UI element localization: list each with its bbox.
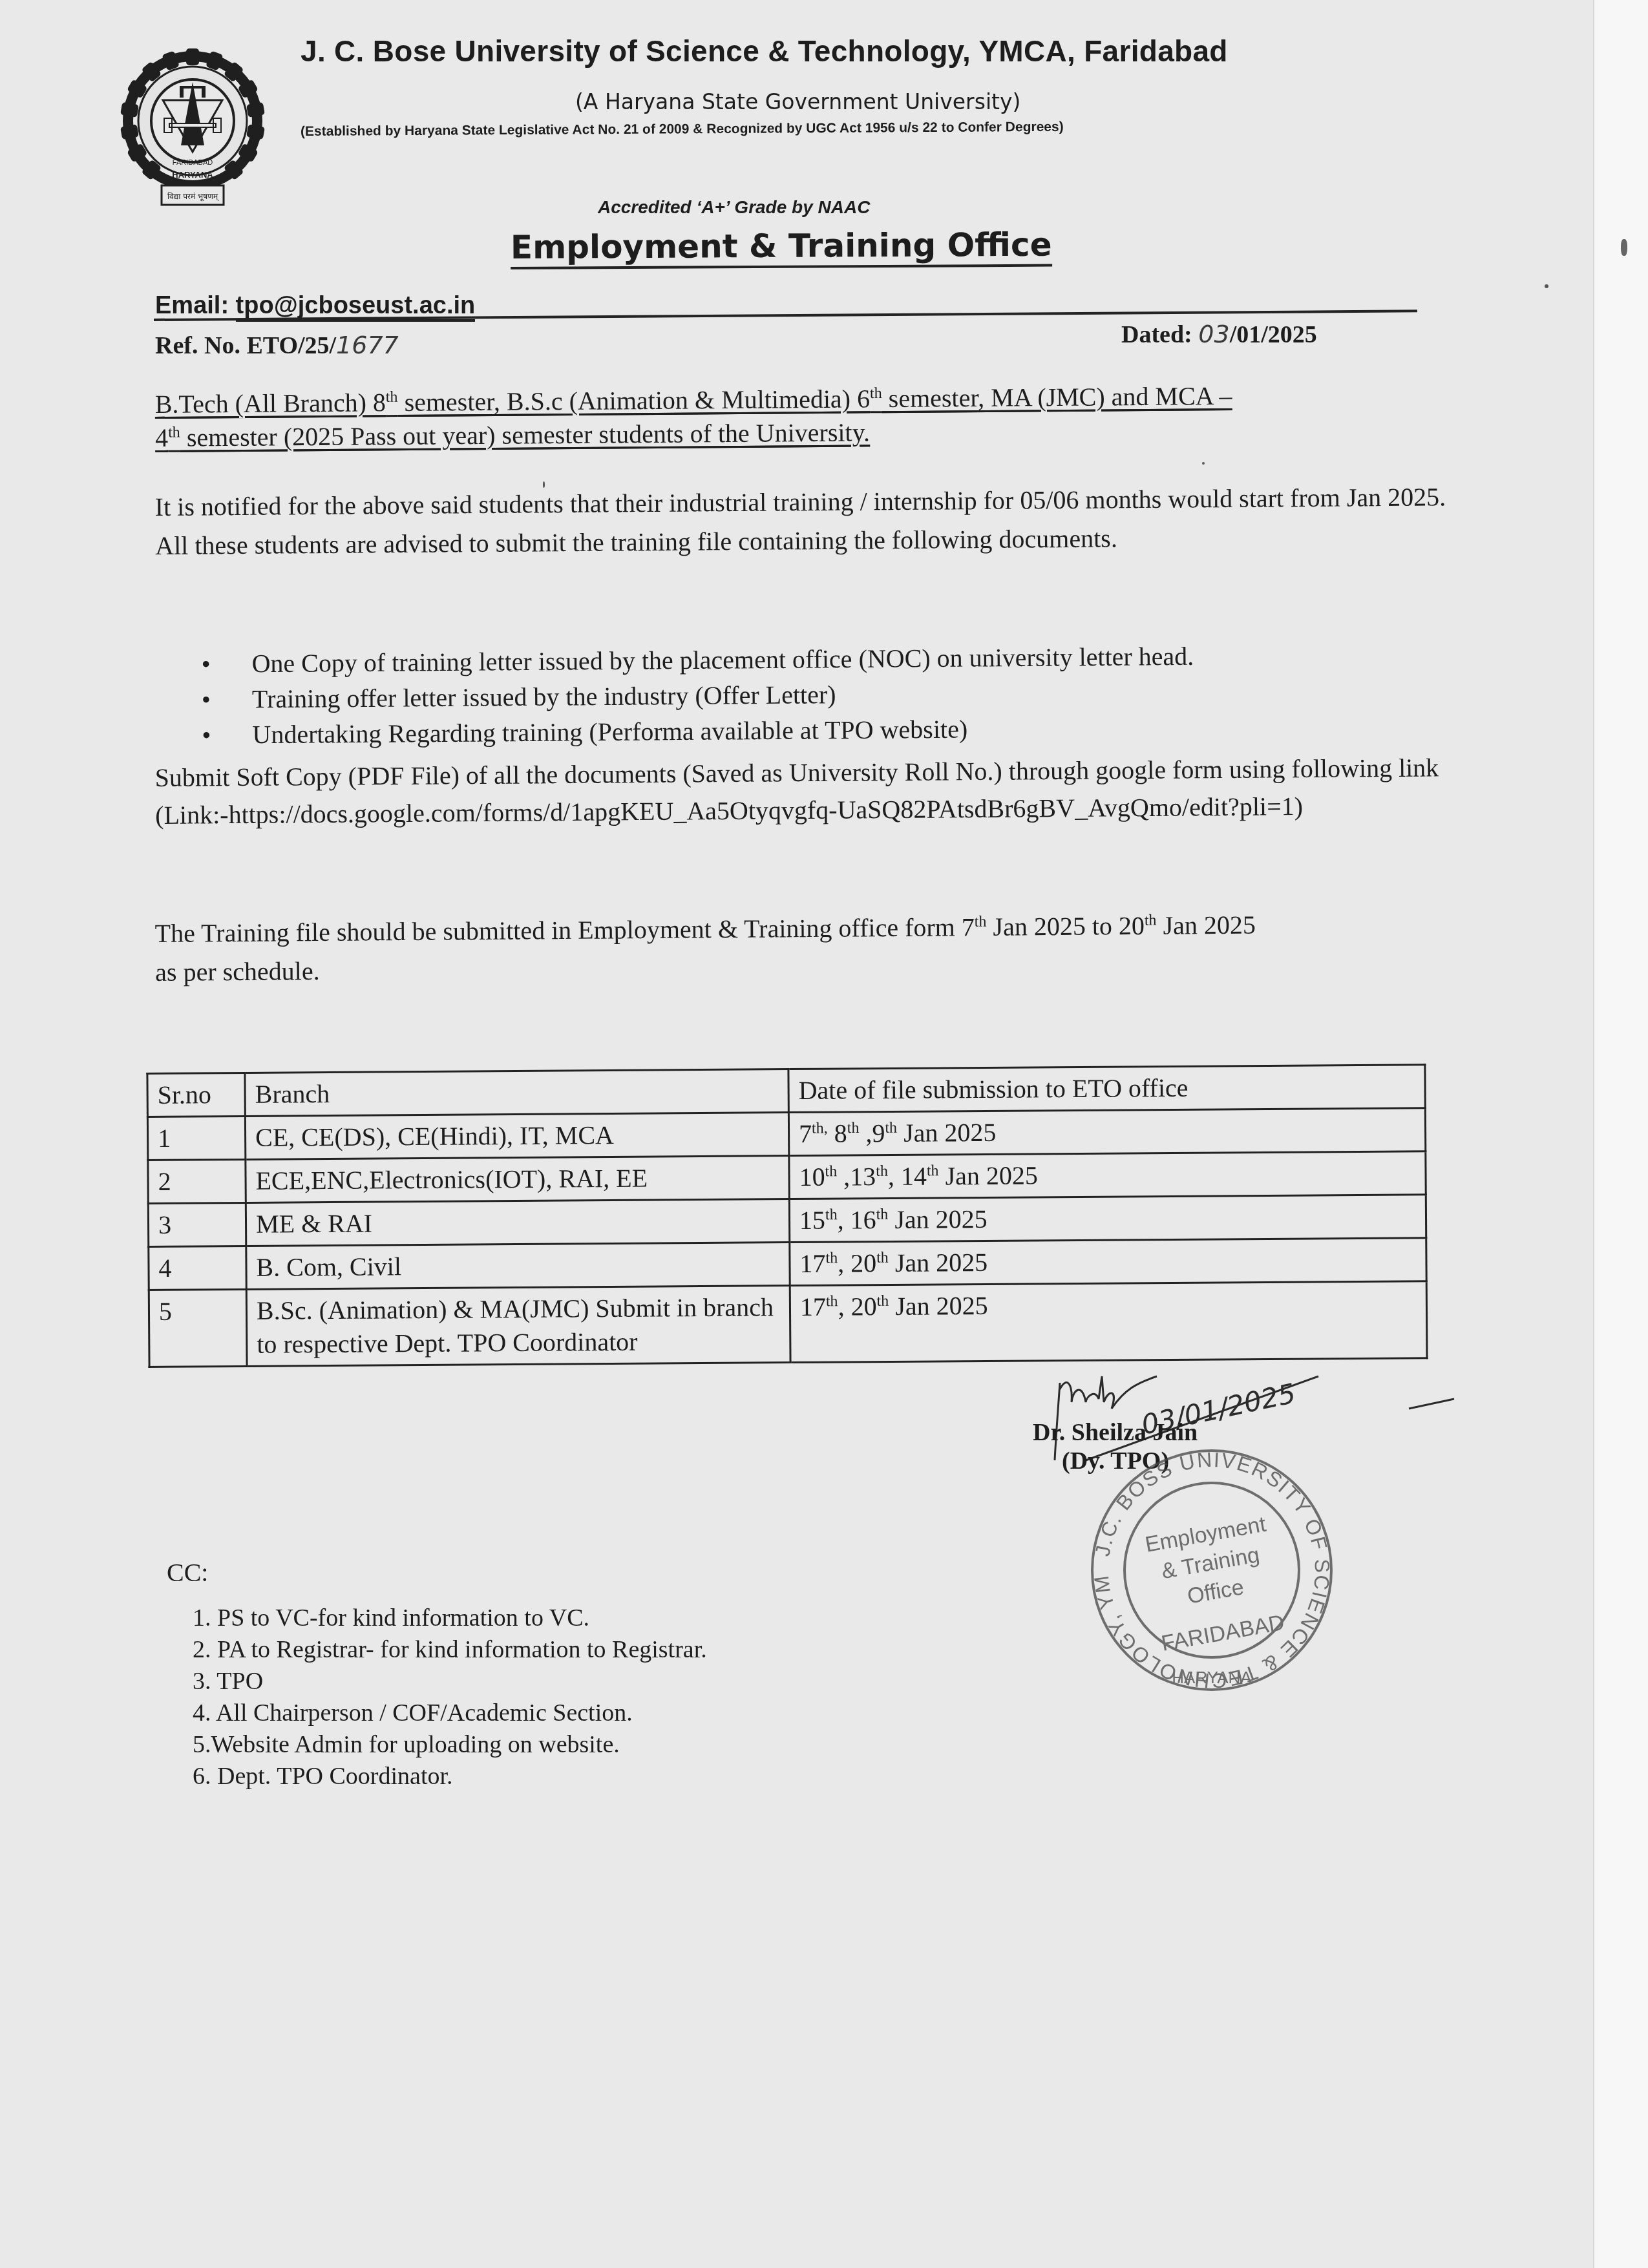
subject-line: B.Tech (All Branch) 8th semester, B.S.c …	[155, 378, 1422, 455]
cc-item: 4. All Chairperson / COF/Academic Sectio…	[193, 1697, 707, 1729]
scan-speck	[543, 481, 545, 488]
cc-item: 5.Website Admin for uploading on website…	[193, 1729, 707, 1761]
cell-branch: ME & RAI	[246, 1199, 789, 1246]
cell-date: 10th ,13th, 14th Jan 2025	[789, 1151, 1426, 1199]
cell-date: 17th, 20th Jan 2025	[790, 1281, 1427, 1363]
office-stamp-icon: J.C. BOSS UNIVERSITY OF SCIENCE & TECHNO…	[1079, 1441, 1344, 1699]
scan-speck	[1545, 284, 1548, 288]
submission-schedule-table: Sr.no Branch Date of file submission to …	[146, 1064, 1428, 1368]
reference-number: Ref. No. ETO/25/1677	[155, 331, 399, 360]
svg-text:विद्या परमं भूषणम्: विद्या परमं भूषणम्	[167, 192, 219, 202]
notice-paragraph: It is notified for the above said studen…	[155, 478, 1448, 565]
cell-branch: B. Com, Civil	[246, 1243, 790, 1290]
cell-srno: 4	[149, 1246, 246, 1290]
header-srno: Sr.no	[147, 1073, 245, 1117]
header-branch: Branch	[245, 1069, 788, 1117]
accreditation-line: Accredited ‘A+’ Grade by NAAC	[598, 197, 870, 218]
cell-srno: 5	[149, 1289, 247, 1367]
cc-label: CC:	[167, 1557, 208, 1588]
document-page: FARIDABAD HARYANA विद्या परमं भूषणम् J. …	[0, 0, 1594, 2268]
dated-day-handwritten: 03	[1198, 320, 1229, 348]
dated-rest: /01/2025	[1230, 321, 1317, 348]
email-line: Email: tpo@jcboseust.ac.in	[155, 292, 475, 320]
cc-item: 6. Dept. TPO Coordinator.	[193, 1761, 707, 1792]
email-label: Email:	[155, 292, 229, 319]
ref-label: Ref. No. ETO/25/	[155, 332, 336, 359]
university-name: J. C. Bose University of Science & Techn…	[301, 34, 1228, 68]
cell-branch: CE, CE(DS), CE(Hindi), IT, MCA	[245, 1113, 788, 1160]
scan-speck	[1202, 462, 1205, 465]
cell-date: 7th, 8th ,9th Jan 2025	[788, 1108, 1425, 1156]
header-date: Date of file submission to ETO office	[788, 1065, 1425, 1113]
required-documents-list: One Copy of training letter issued by th…	[193, 636, 1454, 753]
schedule-note: The Training file should be submitted in…	[155, 904, 1448, 992]
cell-srno: 1	[147, 1116, 245, 1160]
cell-date: 17th, 20th Jan 2025	[790, 1238, 1426, 1286]
submission-instruction: Submit Soft Copy (PDF File) of all the d…	[155, 749, 1448, 834]
svg-text:HARYANA: HARYANA	[172, 170, 213, 180]
establishment-note: (Established by Haryana State Legislativ…	[301, 120, 1064, 140]
cell-srno: 2	[148, 1159, 246, 1203]
svg-text:HARYANA: HARYANA	[1172, 1668, 1252, 1687]
cc-item: 1. PS to VC-for kind information to VC.	[193, 1602, 707, 1634]
table-row: 5B.Sc. (Animation) & MA(JMC) Submit in b…	[149, 1281, 1427, 1367]
cell-srno: 3	[148, 1202, 246, 1246]
scan-mark	[1621, 239, 1627, 256]
cell-date: 15th, 16th Jan 2025	[789, 1195, 1426, 1243]
university-subtitle: (A Haryana State Government University)	[575, 89, 1020, 114]
cc-item: 3. TPO	[193, 1666, 707, 1697]
ref-number-handwritten: 1677	[336, 331, 399, 359]
cc-item: 2. PA to Registrar- for kind information…	[193, 1634, 707, 1666]
office-title: Employment & Training Office	[511, 227, 1052, 269]
dated-label: Dated:	[1121, 321, 1192, 348]
date-line: Dated: 03/01/2025	[1121, 320, 1317, 349]
svg-text:FARIDABAD: FARIDABAD	[173, 159, 213, 167]
svg-text:Office: Office	[1185, 1575, 1245, 1609]
cell-branch: B.Sc. (Animation) & MA(JMC) Submit in br…	[246, 1286, 790, 1367]
svg-text:FARIDABAD: FARIDABAD	[1159, 1610, 1286, 1656]
cc-list: 1. PS to VC-for kind information to VC. …	[193, 1602, 707, 1792]
university-emblem-icon: FARIDABAD HARYANA विद्या परमं भूषणम्	[97, 48, 284, 210]
cell-branch: ECE,ENC,Electronics(IOT), RAI, EE	[246, 1156, 789, 1203]
